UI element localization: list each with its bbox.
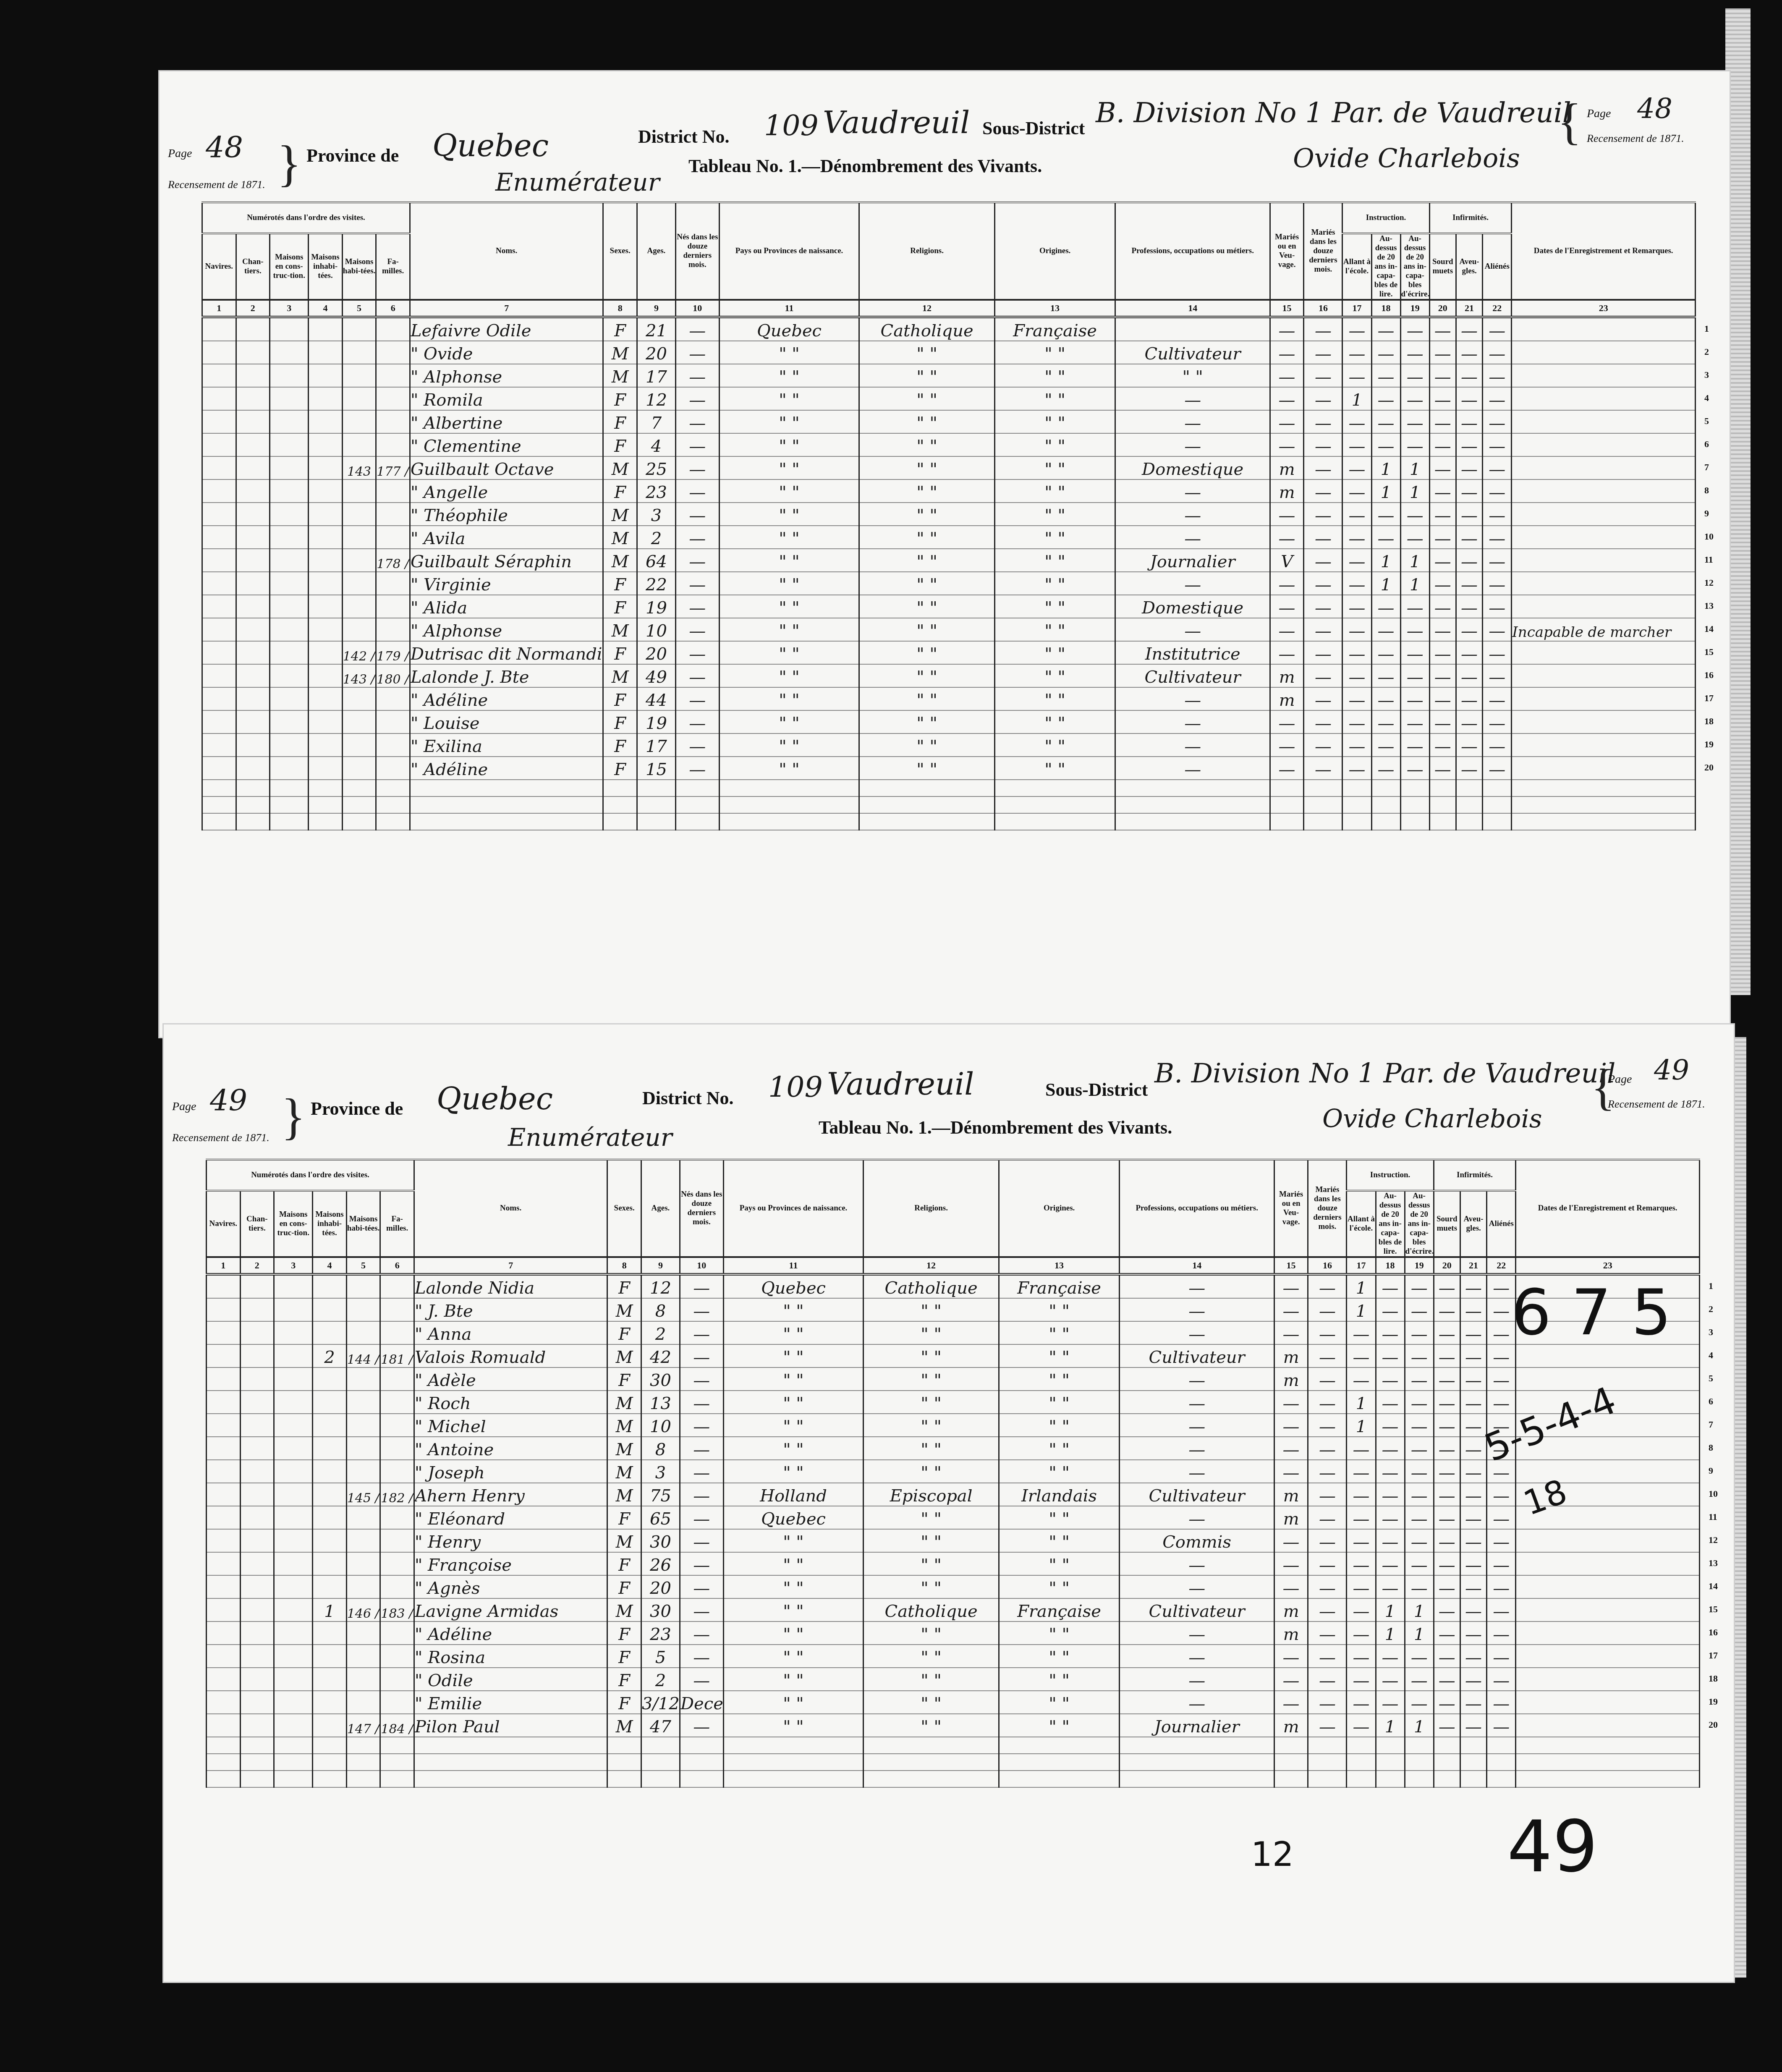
cell-maisons-construction: [270, 572, 309, 595]
cell-birthplace: Quebec: [723, 1274, 864, 1298]
district-label: District No.: [642, 1087, 734, 1109]
province-value: Quebec: [437, 1081, 553, 1116]
cell-chantiers: [236, 641, 270, 664]
cell-name: Lavigne Armidas: [414, 1598, 607, 1621]
cell-age: 2: [637, 526, 675, 549]
column-number-3: 3: [274, 1257, 313, 1274]
header-col-3: Maisons en cons-truc-tion.: [270, 233, 309, 300]
cell-cannot-read: —: [1376, 1483, 1405, 1506]
cell-origin: " ": [999, 1391, 1120, 1414]
cell-married: —: [1274, 1414, 1308, 1437]
cell-sex: F: [603, 317, 637, 341]
cell-attending-school: —: [1347, 1645, 1376, 1668]
cell-age: 20: [641, 1575, 680, 1598]
cell-chantiers: [236, 364, 270, 387]
cell-born-last-12-months: —: [676, 479, 720, 503]
cell-maisons-inhabitees: [309, 687, 343, 710]
cell-born-last-12-months: —: [676, 456, 720, 479]
cell-attending-school: —: [1342, 618, 1371, 641]
cell-familles: [380, 1437, 414, 1460]
cell-familles: [380, 1506, 414, 1529]
cell-married-last-12-months: —: [1308, 1344, 1347, 1367]
cell-religion: " ": [864, 1691, 999, 1714]
cell-deaf-mute: —: [1434, 1668, 1460, 1691]
cell-name: " Angelle: [410, 479, 603, 503]
header-col-10: Nés dans les douze derniers mois.: [676, 202, 720, 300]
blank-cell: [1347, 1754, 1376, 1771]
cell-maisons-inhabitees: [309, 433, 343, 456]
cell-familles: 183 / 184: [380, 1598, 414, 1621]
cell-familles: [376, 733, 410, 757]
blank-cell: [414, 1771, 607, 1787]
cell-married: —: [1274, 1575, 1308, 1598]
cell-cannot-read: —: [1371, 641, 1400, 664]
blank-cell: [202, 780, 236, 796]
cell-blind: —: [1456, 503, 1482, 526]
blank-cell: [380, 1754, 414, 1771]
cell-married-last-12-months: —: [1304, 572, 1342, 595]
cell-maisons-habitees: [346, 1621, 380, 1645]
cell-remarks: [1516, 1645, 1700, 1668]
cell-cannot-read: —: [1376, 1298, 1405, 1321]
cell-cannot-write: 1: [1405, 1598, 1434, 1621]
margin-line-number: 11: [1709, 1511, 1717, 1522]
cell-sex: M: [607, 1460, 641, 1483]
cell-origin: " ": [999, 1437, 1120, 1460]
cell-familles: [376, 433, 410, 456]
blank-cell: [1376, 1754, 1405, 1771]
cell-insane: —: [1483, 317, 1512, 341]
blank-cell: [1342, 780, 1371, 796]
blank-cell: [1274, 1754, 1308, 1771]
cell-cannot-write: —: [1405, 1437, 1434, 1460]
blank-cell: [380, 1737, 414, 1754]
header-col-12: Religions.: [859, 202, 994, 300]
cell-deaf-mute: —: [1429, 364, 1456, 387]
brace-left: }: [277, 139, 301, 189]
page-header: Page 49 Recensement de 1871. } Province …: [164, 1024, 1734, 1163]
cell-married-last-12-months: —: [1304, 757, 1342, 780]
cell-maisons-construction: [274, 1598, 313, 1621]
cell-birthplace: " ": [719, 618, 859, 641]
cell-born-last-12-months: —: [680, 1391, 724, 1414]
cell-profession: —: [1120, 1691, 1274, 1714]
cell-cannot-read: —: [1376, 1575, 1405, 1598]
cell-cannot-write: —: [1400, 364, 1429, 387]
cell-navires: [207, 1274, 241, 1298]
cell-maisons-habitees: [346, 1645, 380, 1668]
cell-age: 23: [637, 479, 675, 503]
cell-familles: [376, 410, 410, 433]
cell-religion: " ": [864, 1529, 999, 1552]
cell-familles: 181 / 182: [380, 1344, 414, 1367]
cell-profession: —: [1115, 710, 1270, 733]
blank-cell: [309, 780, 343, 796]
blank-cell: [1487, 1737, 1516, 1754]
cell-married: m: [1274, 1367, 1308, 1391]
cell-maisons-habitees: [342, 710, 376, 733]
column-number-17: 17: [1342, 300, 1371, 317]
cell-insane: —: [1487, 1691, 1516, 1714]
cell-birthplace: " ": [723, 1668, 864, 1691]
cell-chantiers: [240, 1529, 274, 1552]
blank-cell: [1483, 796, 1512, 813]
cell-birthplace: " ": [723, 1575, 864, 1598]
blank-cell: [637, 780, 675, 796]
table-row: " AdélineF44—" "" "" "—m———————: [202, 687, 1696, 710]
cell-religion: " ": [859, 733, 994, 757]
cell-insane: —: [1483, 757, 1512, 780]
cell-cannot-read: —: [1376, 1437, 1405, 1460]
cell-maisons-habitees: [346, 1274, 380, 1298]
blank-cell: [240, 1737, 274, 1754]
blank-cell: [202, 813, 236, 830]
cell-profession: —: [1115, 526, 1270, 549]
cell-attending-school: —: [1347, 1621, 1376, 1645]
margin-line-number: 4: [1709, 1350, 1713, 1361]
cell-name: Pilon Paul: [414, 1714, 607, 1737]
cell-remarks: [1512, 710, 1696, 733]
blank-cell: [994, 796, 1115, 813]
header-col-5: Maisons habi-tées.: [342, 233, 376, 300]
cell-sex: F: [603, 387, 637, 410]
cell-cannot-read: 1: [1371, 456, 1400, 479]
blank-cell: [1405, 1771, 1434, 1787]
cell-navires: [207, 1621, 241, 1645]
table-row: " HenryM30—" "" "" "Commis————————: [207, 1529, 1700, 1552]
margin-line-number: 7: [1709, 1419, 1713, 1430]
cell-sex: M: [607, 1598, 641, 1621]
blank-cell: [680, 1754, 724, 1771]
blank-cell: [309, 796, 343, 813]
table-row: " EléonardF65—Quebec" "" "—m———————: [207, 1506, 1700, 1529]
cell-age: 12: [641, 1274, 680, 1298]
cell-attending-school: —: [1347, 1367, 1376, 1391]
cell-maisons-inhabitees: [309, 364, 343, 387]
cell-married: —: [1270, 710, 1304, 733]
cell-familles: [376, 387, 410, 410]
cell-cannot-write: —: [1400, 433, 1429, 456]
cell-insane: —: [1487, 1506, 1516, 1529]
blank-cell: [342, 796, 376, 813]
cell-birthplace: " ": [723, 1460, 864, 1483]
cell-married: —: [1274, 1391, 1308, 1414]
cell-navires: [202, 618, 236, 641]
blank-cell: [1516, 1754, 1700, 1771]
blank-cell: [1483, 780, 1512, 796]
cell-religion: " ": [859, 710, 994, 733]
cell-sex: F: [607, 1575, 641, 1598]
cell-blind: —: [1460, 1321, 1486, 1344]
cell-age: 30: [641, 1598, 680, 1621]
cell-insane: —: [1483, 572, 1512, 595]
blank-cell: [641, 1754, 680, 1771]
cell-familles: [376, 503, 410, 526]
cell-married-last-12-months: —: [1304, 733, 1342, 757]
cell-married: —: [1274, 1274, 1308, 1298]
cell-maisons-habitees: [342, 595, 376, 618]
cell-religion: " ": [859, 572, 994, 595]
cell-cannot-write: 1: [1400, 479, 1429, 503]
cell-cannot-write: —: [1400, 710, 1429, 733]
cell-chantiers: [240, 1483, 274, 1506]
header-group-infirmites: Infirmités.: [1429, 202, 1512, 233]
cell-age: 2: [641, 1321, 680, 1344]
cell-familles: [376, 572, 410, 595]
page-label-right: Page: [1587, 107, 1611, 120]
enumerator-name: Ovide Charlebois: [1293, 143, 1520, 173]
cell-navires: [202, 503, 236, 526]
cell-maisons-construction: [274, 1506, 313, 1529]
cell-familles: [380, 1529, 414, 1552]
cell-cannot-read: —: [1371, 757, 1400, 780]
table-row: " FrançoiseF26—" "" "" "—————————: [207, 1552, 1700, 1575]
cell-origin: " ": [994, 433, 1115, 456]
cell-familles: [380, 1691, 414, 1714]
blank-cell: [1115, 796, 1270, 813]
cell-sex: F: [603, 595, 637, 618]
cell-cannot-read: —: [1376, 1460, 1405, 1483]
blank-cell: [994, 780, 1115, 796]
cell-familles: [380, 1645, 414, 1668]
cell-maisons-habitees: [346, 1460, 380, 1483]
blank-cell: [313, 1737, 347, 1754]
header-col-13: Origines.: [994, 202, 1115, 300]
table-row: " J. BteM8—" "" "" "———1—————: [207, 1298, 1700, 1321]
margin-line-number: 16: [1704, 670, 1714, 681]
cell-blind: —: [1460, 1298, 1486, 1321]
blank-cell: [603, 796, 637, 813]
column-number-20: 20: [1429, 300, 1456, 317]
cell-religion: " ": [859, 410, 994, 433]
blank-row: [202, 813, 1696, 830]
cell-chantiers: [236, 341, 270, 364]
cell-name: " Roch: [414, 1391, 607, 1414]
page-label: Page: [172, 1100, 196, 1113]
blank-cell: [1434, 1754, 1460, 1771]
margin-line-number: 7: [1704, 462, 1709, 473]
cell-chantiers: [240, 1367, 274, 1391]
cell-birthplace: " ": [719, 733, 859, 757]
cell-married: —: [1270, 572, 1304, 595]
cell-origin: " ": [999, 1367, 1120, 1391]
margin-line-number: 20: [1704, 762, 1714, 773]
cell-married-last-12-months: —: [1304, 410, 1342, 433]
cell-maisons-construction: [270, 710, 309, 733]
blank-cell: [676, 796, 720, 813]
cell-navires: [207, 1598, 241, 1621]
cell-profession: —: [1120, 1645, 1274, 1668]
blank-cell: [1460, 1754, 1486, 1771]
cell-married: —: [1270, 341, 1304, 364]
cell-origin: " ": [999, 1645, 1120, 1668]
cell-maisons-habitees: [346, 1691, 380, 1714]
cell-deaf-mute: —: [1429, 387, 1456, 410]
cell-attending-school: 1: [1347, 1298, 1376, 1321]
table-row: 145 / 147182 / 183Ahern HenryM75—Holland…: [207, 1483, 1700, 1506]
cell-origin: " ": [999, 1506, 1120, 1529]
cell-maisons-inhabitees: 1: [313, 1598, 347, 1621]
cell-blind: —: [1456, 664, 1482, 687]
cell-remarks: [1512, 479, 1696, 503]
header-col-19: Au-dessus de 20 ans in-capa-bles d'écrir…: [1400, 233, 1429, 300]
cell-sex: F: [603, 710, 637, 733]
cell-remarks: [1512, 664, 1696, 687]
cell-deaf-mute: —: [1429, 456, 1456, 479]
cell-maisons-construction: [274, 1274, 313, 1298]
header-col-21: Aveu-gles.: [1460, 1191, 1486, 1257]
cell-blind: —: [1460, 1274, 1486, 1298]
cell-chantiers: [236, 317, 270, 341]
table-row: " AlidaF19—" "" "" "Domestique————————: [202, 595, 1696, 618]
cell-maisons-construction: [270, 641, 309, 664]
sous-district-value: B. Division No 1 Par. de Vaudreuil: [1154, 1058, 1616, 1089]
cell-remarks: [1512, 317, 1696, 341]
cell-blind: —: [1456, 317, 1482, 341]
cell-maisons-inhabitees: [313, 1391, 347, 1414]
cell-cannot-write: —: [1400, 641, 1429, 664]
cell-navires: [207, 1506, 241, 1529]
cell-maisons-construction: [274, 1691, 313, 1714]
cell-married: —: [1274, 1321, 1308, 1344]
header-col-2: Chan-tiers.: [236, 233, 270, 300]
cell-name: " Ovide: [410, 341, 603, 364]
margin-line-number: 14: [1709, 1581, 1718, 1592]
cell-age: 20: [637, 641, 675, 664]
header-col-3: Maisons en cons-truc-tion.: [274, 1191, 313, 1257]
cell-birthplace: " ": [719, 710, 859, 733]
column-number-3: 3: [270, 300, 309, 317]
cell-insane: —: [1487, 1391, 1516, 1414]
cell-blind: —: [1456, 687, 1482, 710]
cell-profession: —: [1115, 410, 1270, 433]
cell-chantiers: [240, 1437, 274, 1460]
blank-cell: [1308, 1771, 1347, 1787]
margin-line-number: 9: [1709, 1465, 1713, 1476]
cell-married: m: [1270, 664, 1304, 687]
margin-line-number: 20: [1709, 1719, 1718, 1730]
cell-name: " Françoise: [414, 1552, 607, 1575]
blank-cell: [723, 1771, 864, 1787]
blank-cell: [859, 813, 994, 830]
cell-religion: " ": [859, 341, 994, 364]
cell-married-last-12-months: —: [1308, 1529, 1347, 1552]
cell-profession: —: [1115, 572, 1270, 595]
blank-cell: [1434, 1737, 1460, 1754]
cell-born-last-12-months: —: [680, 1367, 724, 1391]
blank-cell: [313, 1771, 347, 1787]
cell-married-last-12-months: —: [1304, 387, 1342, 410]
cell-attending-school: —: [1342, 733, 1371, 757]
column-number-23: 23: [1516, 1257, 1700, 1274]
cell-married: m: [1274, 1483, 1308, 1506]
cell-maisons-habitees: 143: [342, 456, 376, 479]
cell-born-last-12-months: —: [676, 387, 720, 410]
cell-maisons-habitees: [346, 1321, 380, 1344]
cell-cannot-read: —: [1376, 1274, 1405, 1298]
cell-origin: " ": [994, 757, 1115, 780]
cell-birthplace: " ": [719, 364, 859, 387]
table-row: " RosinaF5—" "" "" "—————————: [207, 1645, 1700, 1668]
cell-chantiers: [240, 1575, 274, 1598]
cell-cannot-write: —: [1405, 1414, 1434, 1437]
cell-religion: " ": [859, 479, 994, 503]
cell-chantiers: [236, 687, 270, 710]
cell-insane: —: [1483, 641, 1512, 664]
cell-remarks: [1512, 364, 1696, 387]
cell-married: —: [1270, 595, 1304, 618]
blank-cell: [346, 1771, 380, 1787]
blank-cell: [680, 1737, 724, 1754]
cell-navires: [207, 1321, 241, 1344]
table-row: " AngelleF23—" "" "" "—m——11———: [202, 479, 1696, 503]
cell-deaf-mute: —: [1434, 1506, 1460, 1529]
blank-cell: [376, 796, 410, 813]
cell-birthplace: Quebec: [719, 317, 859, 341]
header-col-5: Maisons habi-tées.: [346, 1191, 380, 1257]
census-table: Numérotés dans l'ordre des visites. Noms…: [201, 202, 1696, 830]
column-number-18: 18: [1371, 300, 1400, 317]
cell-chantiers: [240, 1598, 274, 1621]
cell-maisons-habitees: 147 / 149: [346, 1714, 380, 1737]
margin-line-number: 1: [1704, 323, 1709, 334]
cell-maisons-construction: [270, 733, 309, 757]
blank-cell: [719, 796, 859, 813]
blank-cell: [236, 796, 270, 813]
blank-cell: [1405, 1737, 1434, 1754]
cell-deaf-mute: —: [1434, 1460, 1460, 1483]
column-number-8: 8: [607, 1257, 641, 1274]
cell-attending-school: —: [1347, 1714, 1376, 1737]
cell-chantiers: [240, 1274, 274, 1298]
cell-maisons-inhabitees: [309, 710, 343, 733]
cell-blind: —: [1456, 410, 1482, 433]
cell-insane: —: [1483, 549, 1512, 572]
table-row: " JosephM3—" "" "" "—————————: [207, 1460, 1700, 1483]
cell-navires: [207, 1483, 241, 1506]
table-row: " AntoineM8—" "" "" "—————————: [207, 1437, 1700, 1460]
cell-religion: " ": [864, 1575, 999, 1598]
cell-maisons-construction: [270, 479, 309, 503]
cell-birthplace: " ": [719, 503, 859, 526]
cell-name: " Henry: [414, 1529, 607, 1552]
cell-attending-school: —: [1347, 1437, 1376, 1460]
cell-born-last-12-months: —: [676, 757, 720, 780]
cell-age: 47: [641, 1714, 680, 1737]
cell-age: 21: [637, 317, 675, 341]
cell-navires: [207, 1460, 241, 1483]
cell-name: " J. Bte: [414, 1298, 607, 1321]
cell-age: 30: [641, 1367, 680, 1391]
cell-profession: Domestique: [1115, 456, 1270, 479]
cell-familles: 177 / 178: [376, 456, 410, 479]
blank-cell: [1376, 1771, 1405, 1787]
cell-born-last-12-months: —: [680, 1575, 724, 1598]
cell-sex: M: [607, 1391, 641, 1414]
margin-line-number: 16: [1709, 1627, 1718, 1638]
cell-deaf-mute: —: [1429, 618, 1456, 641]
blank-cell: [1342, 796, 1371, 813]
cell-deaf-mute: —: [1434, 1344, 1460, 1367]
table-row: " ExilinaF17—" "" "" "—————————: [202, 733, 1696, 757]
cell-married: m: [1274, 1344, 1308, 1367]
blank-cell: [414, 1737, 607, 1754]
cell-attending-school: —: [1347, 1529, 1376, 1552]
cell-attending-school: —: [1347, 1460, 1376, 1483]
blank-cell: [1120, 1771, 1274, 1787]
blank-cell: [1400, 796, 1429, 813]
cell-age: 13: [641, 1391, 680, 1414]
